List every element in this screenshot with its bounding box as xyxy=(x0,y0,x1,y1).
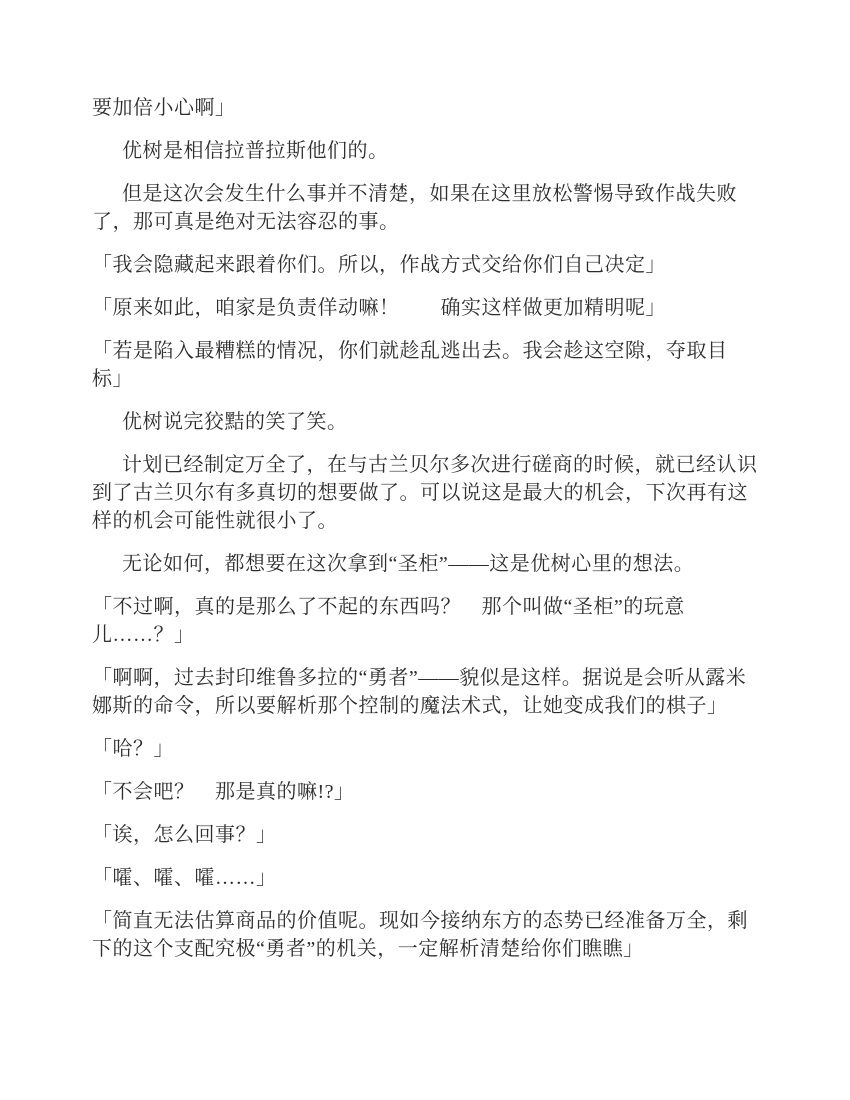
dialogue-paragraph: 「不会吧？ 那是真的嘛!?」 xyxy=(92,778,758,806)
dialogue-paragraph: 「我会隐藏起来跟着你们。所以，作战方式交给你们自己决定」 xyxy=(92,251,758,279)
dialogue-paragraph: 「诶，怎么回事？」 xyxy=(92,821,758,849)
dialogue-paragraph: 「不过啊，真的是那么了不起的东西吗？ 那个叫做“圣柜”的玩意儿……？」 xyxy=(92,593,758,649)
page-text: 要加倍小心啊」优树是相信拉普拉斯他们的。但是这次会发生什么事并不清楚，如果在这里… xyxy=(92,94,758,978)
dialogue-paragraph: 「啊啊，过去封印维鲁多拉的“勇者”——貌似是这样。据说是会听从露米娜斯的命令，所… xyxy=(92,664,758,720)
narration-paragraph: 但是这次会发生什么事并不清楚，如果在这里放松警惕导致作战失败了，那可真是绝对无法… xyxy=(92,180,758,236)
narration-paragraph: 优树说完狡黠的笑了笑。 xyxy=(92,408,758,436)
novel-page: 要加倍小心啊」优树是相信拉普拉斯他们的。但是这次会发生什么事并不清楚，如果在这里… xyxy=(0,0,850,1100)
narration-paragraph: 优树是相信拉普拉斯他们的。 xyxy=(92,137,758,165)
dialogue-paragraph: 「原来如此，咱家是负责佯动嘛！ 确实这样做更加精明呢」 xyxy=(92,294,758,322)
dialogue-paragraph: 「嚯、嚯、嚯……」 xyxy=(92,864,758,892)
dialogue-paragraph: 「若是陷入最糟糕的情况，你们就趁乱逃出去。我会趁这空隙，夺取目标」 xyxy=(92,337,758,393)
dialogue-paragraph: 要加倍小心啊」 xyxy=(92,94,758,122)
narration-paragraph: 计划已经制定万全了，在与古兰贝尔多次进行磋商的时候，就已经认识到了古兰贝尔有多真… xyxy=(92,451,758,535)
narration-paragraph: 无论如何，都想要在这次拿到“圣柜”——这是优树心里的想法。 xyxy=(92,550,758,578)
dialogue-paragraph: 「简直无法估算商品的价值呢。现如今接纳东方的态势已经准备万全，剩下的这个支配究极… xyxy=(92,907,758,963)
dialogue-paragraph: 「哈？」 xyxy=(92,735,758,763)
